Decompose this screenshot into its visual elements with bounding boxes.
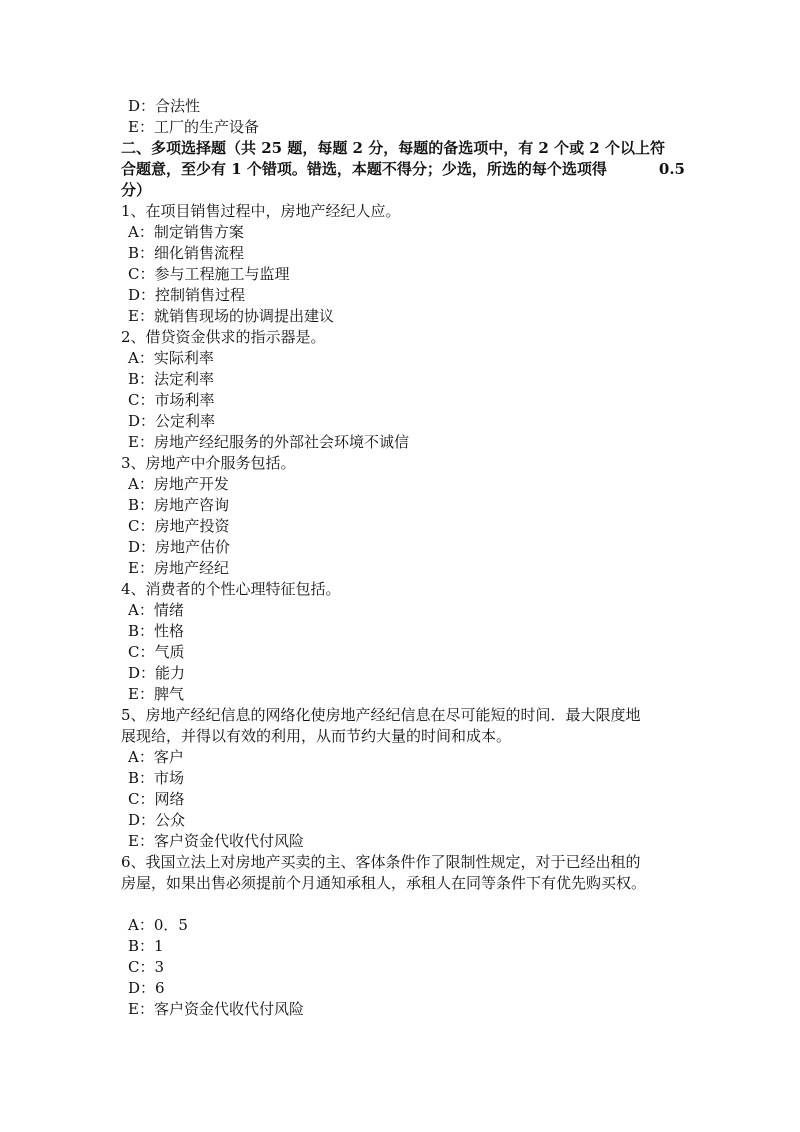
question-1-option-b: B：细化销售流程 bbox=[121, 243, 685, 264]
question-6-option-a: A：0．5 bbox=[121, 915, 685, 936]
question-2-option-d: D：公定利率 bbox=[121, 411, 685, 432]
question-6-option-e: E：客户资金代收代付风险 bbox=[121, 999, 685, 1020]
question-1-option-e: E：就销售现场的协调提出建议 bbox=[121, 306, 685, 327]
question-5-option-e: E：客户资金代收代付风险 bbox=[121, 831, 685, 852]
question-6: 6、我国立法上对房地产买卖的主、客体条件作了限制性规定，对于已经出租的 房屋，如… bbox=[121, 852, 685, 1020]
question-2-option-e: E：房地产经纪服务的外部社会环境不诚信 bbox=[121, 432, 685, 453]
question-1-option-a: A：制定销售方案 bbox=[121, 222, 685, 243]
question-4-option-a: A：情绪 bbox=[121, 600, 685, 621]
question-2-option-a: A：实际利率 bbox=[121, 348, 685, 369]
question-4-option-d: D：能力 bbox=[121, 663, 685, 684]
question-3-stem: 3、房地产中介服务包括。 bbox=[121, 453, 685, 474]
question-5-stem-line-2: 展现给，并得以有效的利用，从而节约大量的时间和成本。 bbox=[121, 726, 685, 747]
question-5-option-a: A：客户 bbox=[121, 747, 685, 768]
question-1-stem: 1、在项目销售过程中，房地产经纪人应。 bbox=[121, 201, 685, 222]
question-3-option-b: B：房地产咨询 bbox=[121, 495, 685, 516]
question-2-stem: 2、借贷资金供求的指示器是。 bbox=[121, 327, 685, 348]
section-heading-line-1: 二、多项选择题（共 25 题，每题 2 分，每题的备选项中，有 2 个或 2 个… bbox=[121, 138, 685, 159]
section-heading-line-3: 分） bbox=[121, 180, 685, 201]
question-2-option-b: B：法定利率 bbox=[121, 369, 685, 390]
question-6-option-d: D：6 bbox=[121, 978, 685, 999]
question-5-option-d: D：公众 bbox=[121, 810, 685, 831]
question-5-option-c: C：网络 bbox=[121, 789, 685, 810]
question-6-stem-line-1: 6、我国立法上对房地产买卖的主、客体条件作了限制性规定，对于已经出租的 bbox=[121, 852, 685, 873]
question-3-option-a: A：房地产开发 bbox=[121, 474, 685, 495]
question-1-option-d: D：控制销售过程 bbox=[121, 285, 685, 306]
document-page: D：合法性 E：工厂的生产设备 二、多项选择题（共 25 题，每题 2 分，每题… bbox=[121, 96, 685, 1020]
question-6-stem-line-2: 房屋，如果出售必须提前个月通知承租人，承租人在同等条件下有优先购买权。 bbox=[121, 873, 685, 894]
question-6-option-c: C：3 bbox=[121, 957, 685, 978]
question-5: 5、房地产经纪信息的网络化使房地产经纪信息在尽可能短的时间．最大限度地 展现给，… bbox=[121, 705, 685, 852]
prev-option-d: D：合法性 bbox=[121, 96, 685, 117]
question-6-option-b: B：1 bbox=[121, 936, 685, 957]
question-5-stem-line-1: 5、房地产经纪信息的网络化使房地产经纪信息在尽可能短的时间．最大限度地 bbox=[121, 705, 685, 726]
question-4-stem: 4、消费者的个性心理特征包括。 bbox=[121, 579, 685, 600]
question-4-option-e: E：脾气 bbox=[121, 684, 685, 705]
question-4: 4、消费者的个性心理特征包括。 A：情绪 B：性格 C：气质 D：能力 E：脾气 bbox=[121, 579, 685, 705]
question-1-option-c: C：参与工程施工与监理 bbox=[121, 264, 685, 285]
question-3-option-c: C：房地产投资 bbox=[121, 516, 685, 537]
section-heading-line-2: 合题意，至少有 1 个错项。错选，本题不得分；少选，所选的每个选项得0.5 bbox=[121, 159, 685, 180]
question-1: 1、在项目销售过程中，房地产经纪人应。 A：制定销售方案 B：细化销售流程 C：… bbox=[121, 201, 685, 327]
prev-option-e: E：工厂的生产设备 bbox=[121, 117, 685, 138]
question-5-option-b: B：市场 bbox=[121, 768, 685, 789]
question-3-option-d: D：房地产估价 bbox=[121, 537, 685, 558]
question-3-option-e: E：房地产经纪 bbox=[121, 558, 685, 579]
blank-line bbox=[121, 894, 685, 915]
question-4-option-c: C：气质 bbox=[121, 642, 685, 663]
question-2: 2、借贷资金供求的指示器是。 A：实际利率 B：法定利率 C：市场利率 D：公定… bbox=[121, 327, 685, 453]
question-3: 3、房地产中介服务包括。 A：房地产开发 B：房地产咨询 C：房地产投资 D：房… bbox=[121, 453, 685, 579]
question-4-option-b: B：性格 bbox=[121, 621, 685, 642]
question-2-option-c: C：市场利率 bbox=[121, 390, 685, 411]
